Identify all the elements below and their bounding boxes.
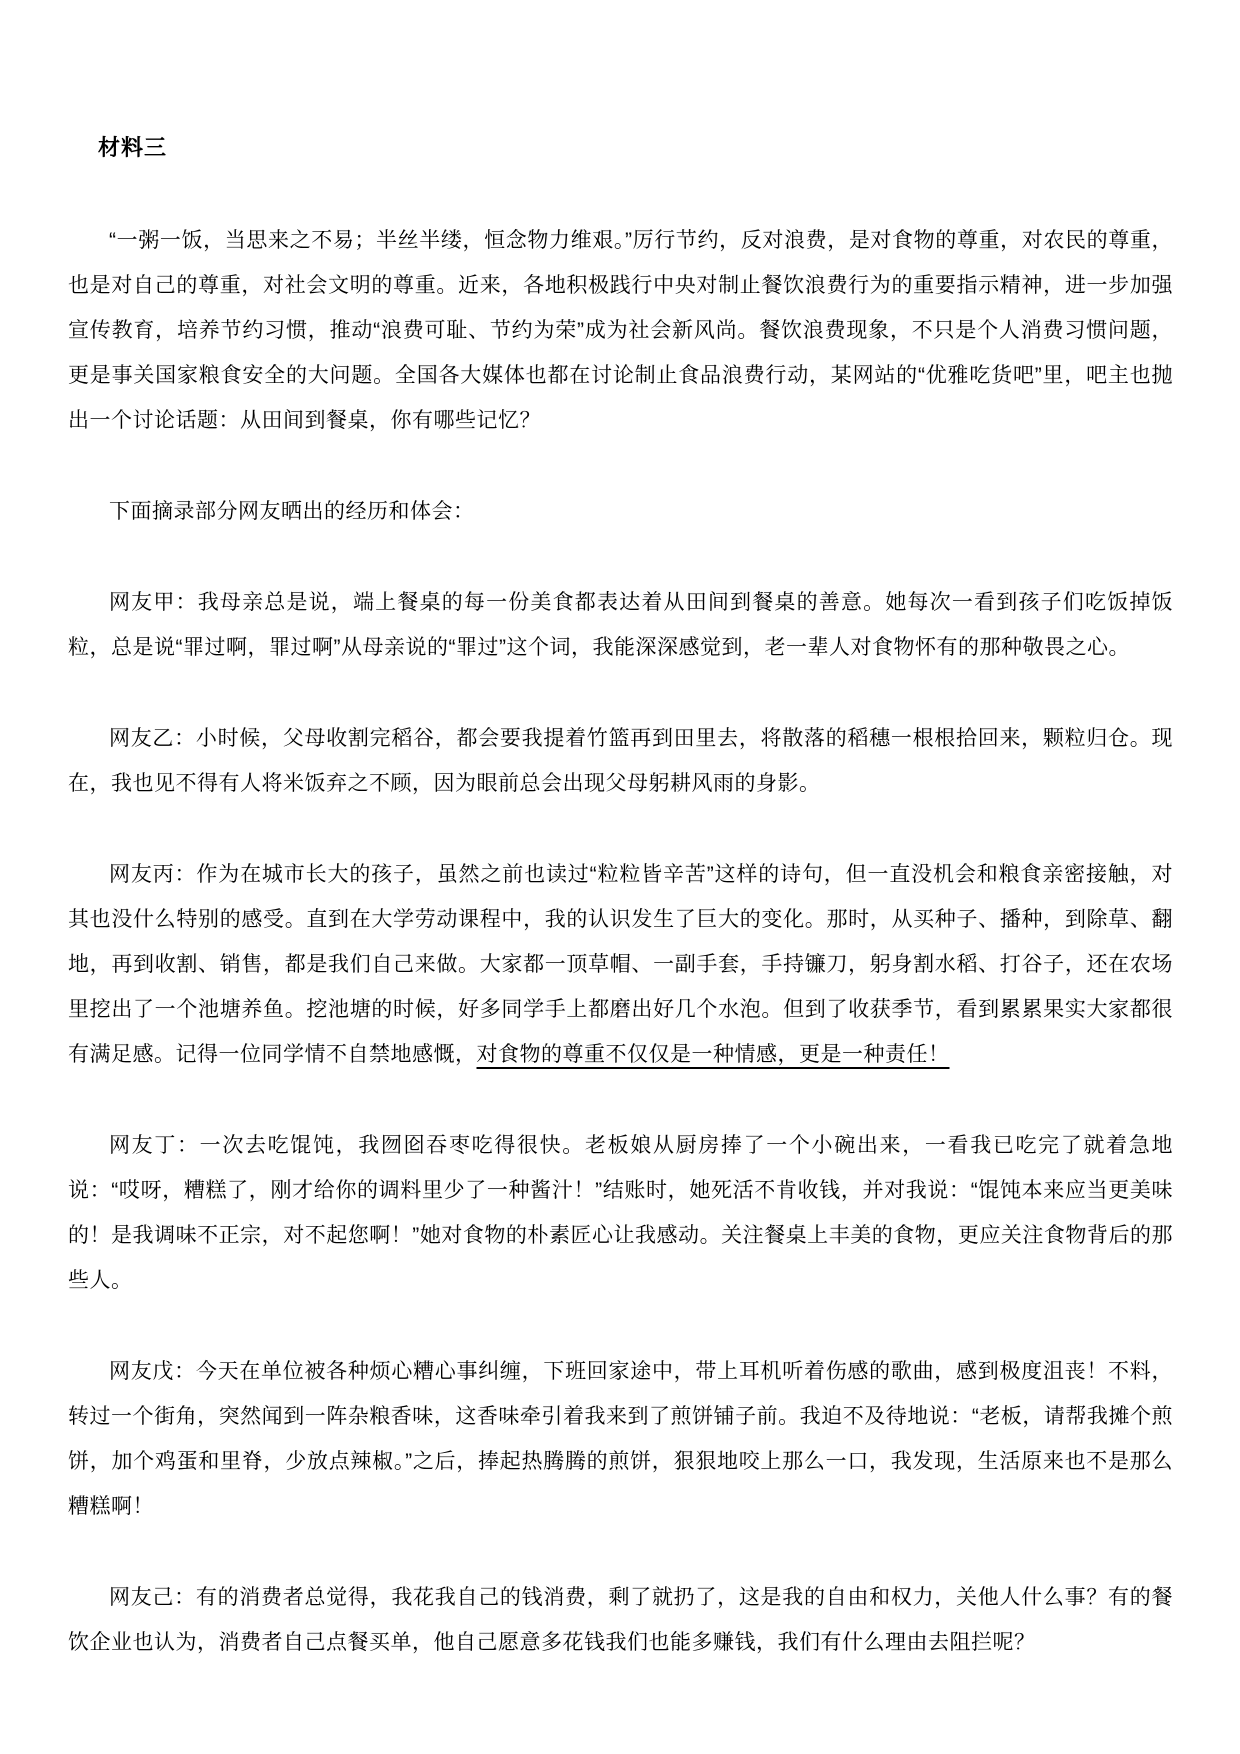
netizen-comment-wu: 网友戊：今天在单位被各种烦心糟心事纠缠，下班回家途中，带上耳机听着伤感的歌曲，感… bbox=[68, 1349, 1173, 1529]
netizen-comment-jia: 网友甲：我母亲总是说，端上餐桌的每一份美食都表达着从田间到餐桌的善意。她每次一看… bbox=[68, 580, 1173, 670]
netizen-comment-ding: 网友丁：一次去吃馄饨，我囫囵吞枣吃得很快。老板娘从厨房捧了一个小碗出来，一看我已… bbox=[68, 1123, 1173, 1303]
netizen-comment-yi: 网友乙：小时候，父母收割完稻谷，都会要我提着竹篮再到田里去，将散落的稻穗一根根拾… bbox=[68, 716, 1173, 806]
intro-paragraph: “一粥一饭，当思来之不易；半丝半缕，恒念物力维艰。”厉行节约，反对浪费，是对食物… bbox=[68, 218, 1173, 443]
netizen-comment-bing: 网友丙：作为在城市长大的孩子，虽然之前也读过“粒粒皆辛苦”这样的诗句，但一直没机… bbox=[68, 852, 1173, 1077]
lead-in-paragraph: 下面摘录部分网友晒出的经历和体会： bbox=[68, 489, 1173, 534]
netizen-comment-bing-underlined-text: 对食物的尊重不仅仅是一种情感，更是一种责任！ bbox=[477, 1043, 950, 1066]
netizen-comment-bing-text: 网友丙：作为在城市长大的孩子，虽然之前也读过“粒粒皆辛苦”这样的诗句，但一直没机… bbox=[68, 863, 1173, 1066]
document-page: 材料三 “一粥一饭，当思来之不易；半丝半缕，恒念物力维艰。”厉行节约，反对浪费，… bbox=[0, 0, 1240, 1754]
netizen-comment-ji: 网友己：有的消费者总觉得，我花我自己的钱消费，剩了就扔了，这是我的自由和权力，关… bbox=[68, 1575, 1173, 1665]
page-title: 材料三 bbox=[98, 135, 1173, 161]
